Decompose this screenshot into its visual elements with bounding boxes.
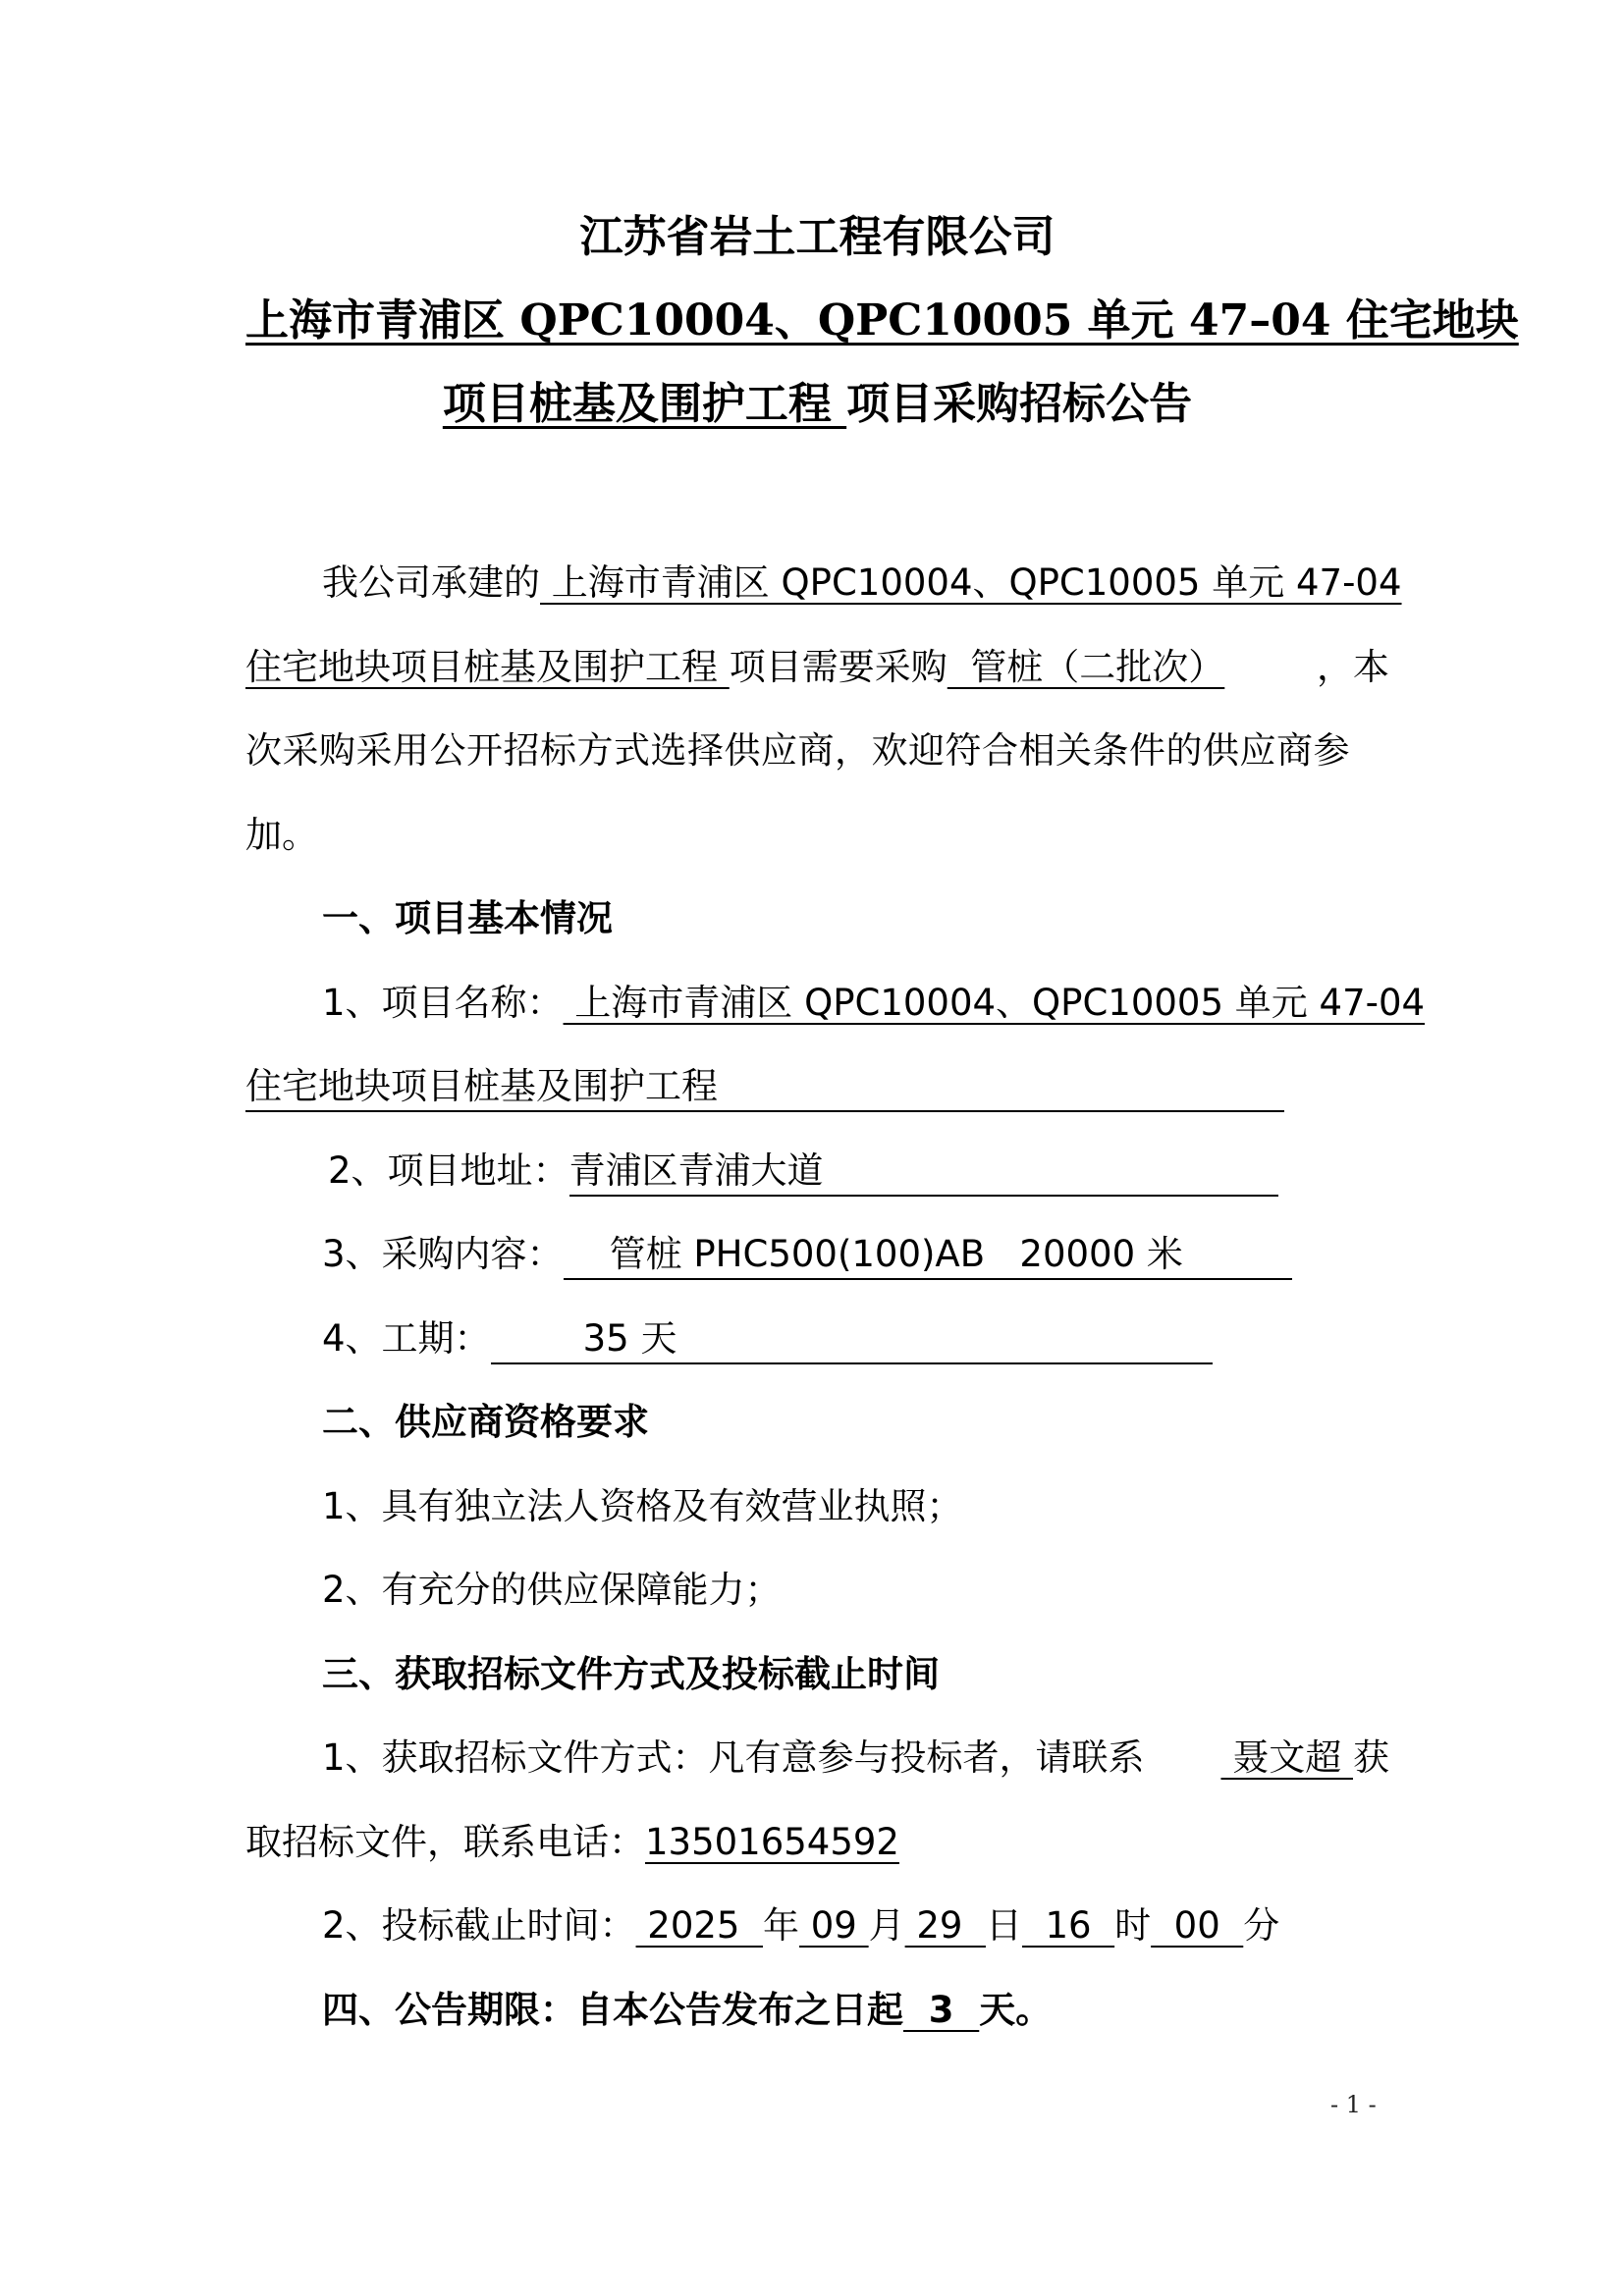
intro-suffix: ，本 — [1317, 640, 1389, 695]
phone-row: 取招标文件，联系电话：13501654592 — [245, 1815, 1389, 1870]
intro-line-2: 住宅地块项目桩基及围护工程 项目需要采购 管桩（二批次），本 — [245, 640, 1389, 695]
project-address-row: 2、项目地址： 青浦区青浦大道 — [245, 1144, 1389, 1199]
period-label: 4、工期： — [322, 1317, 491, 1360]
method-suffix: 获 — [1353, 1736, 1389, 1779]
method-row: 1、获取招标文件方式：凡有意参与投标者，请联系 聂文超 获 — [245, 1731, 1389, 1786]
intro-middle: 项目需要采购 — [730, 646, 947, 688]
phone-number: 13501654592 — [645, 1821, 899, 1863]
deadline-hour: 16 — [1022, 1904, 1114, 1947]
deadline-label: 2、投标截止时间： — [322, 1904, 636, 1947]
project-name-label: 1、项目名称： — [322, 976, 564, 1031]
purchase-content-label: 3、采购内容： — [322, 1233, 564, 1275]
notice-period-days: 3 — [903, 1989, 979, 2031]
deadline-row: 2、投标截止时间： 2025 年 09 月 29 日 16 时 00 分 — [245, 1898, 1389, 1953]
period-row: 4、工期： 35 天 — [245, 1311, 1389, 1366]
title-project-name-1: 上海市青浦区 QPC10004、QPC10005 单元 47–04 住宅地块 — [245, 295, 1519, 346]
purchase-content-value: 管桩 PHC500(100)AB 20000 米 — [564, 1231, 1292, 1280]
month-unit: 月 — [869, 1904, 905, 1947]
requirement-item: 2、有充分的供应保障能力； — [245, 1563, 1389, 1618]
intro-project-name-2: 住宅地块项目桩基及围护工程 — [245, 646, 730, 688]
intro-item: 管桩（二批次） — [947, 646, 1225, 688]
title-line-3: 项目桩基及围护工程 项目采购招标公告 — [245, 375, 1389, 434]
section1-heading: 一、项目基本情况 — [245, 891, 1389, 946]
document-page: 江苏省岩土工程有限公司 上海市青浦区 QPC10004、QPC10005 单元 … — [0, 0, 1624, 2296]
intro-line-4: 加。 — [245, 808, 1389, 863]
intro-prefix: 我公司承建的 — [322, 556, 540, 611]
title-notice: 项目采购招标公告 — [846, 379, 1192, 429]
section3-heading: 三、获取招标文件方式及投标截止时间 — [245, 1647, 1389, 1702]
notice-period-suffix: 天。 — [979, 1989, 1052, 2031]
hour-unit: 时 — [1114, 1904, 1151, 1947]
page-number: - 1 - — [1330, 2091, 1377, 2118]
period-value: 35 天 — [491, 1315, 1213, 1364]
minute-unit: 分 — [1243, 1904, 1279, 1947]
company-name: 江苏省岩土工程有限公司 — [245, 208, 1389, 267]
day-unit: 日 — [986, 1904, 1022, 1947]
method-prefix: 1、获取招标文件方式：凡有意参与投标者，请联系 — [322, 1731, 1145, 1786]
project-name-value-2: 住宅地块项目桩基及围护工程 — [245, 1063, 1284, 1112]
section4-heading: 四、公告期限：自本公告发布之日起 3 天。 — [245, 1983, 1389, 2038]
requirement-item: 1、具有独立法人资格及有效营业执照； — [245, 1479, 1389, 1534]
project-name-value-1: 上海市青浦区 QPC10004、QPC10005 单元 47-04 — [564, 976, 1426, 1031]
project-name-row-2: 住宅地块项目桩基及围护工程 — [245, 1059, 1389, 1114]
deadline-day: 29 — [905, 1904, 986, 1947]
deadline-month: 09 — [799, 1904, 869, 1947]
project-name-row: 1、项目名称： 上海市青浦区 QPC10004、QPC10005 单元 47-0… — [245, 976, 1389, 1031]
phone-label: 取招标文件，联系电话： — [245, 1821, 645, 1863]
year-unit: 年 — [763, 1904, 799, 1947]
contact-name: 聂文超 — [1220, 1736, 1353, 1779]
title-line-2: 上海市青浦区 QPC10004、QPC10005 单元 47–04 住宅地块 — [245, 292, 1389, 350]
intro-line-3: 次采购采用公开招标方式选择供应商，欢迎符合相关条件的供应商参 — [245, 723, 1389, 778]
deadline-year: 2025 — [636, 1904, 763, 1947]
title-project-name-2: 项目桩基及围护工程 — [443, 379, 846, 429]
intro-line-1: 我公司承建的 上海市青浦区 QPC10004、QPC10005 单元 47-04 — [245, 556, 1389, 611]
purchase-content-row: 3、采购内容： 管桩 PHC500(100)AB 20000 米 — [245, 1227, 1389, 1282]
project-address-label: 2、项目地址： — [328, 1149, 569, 1192]
deadline-minute: 00 — [1151, 1904, 1243, 1947]
intro-project-name-1: 上海市青浦区 QPC10004、QPC10005 单元 47-04 — [540, 556, 1402, 611]
section2-heading: 二、供应商资格要求 — [245, 1395, 1389, 1450]
notice-period-label: 四、公告期限：自本公告发布之日起 — [322, 1989, 903, 2031]
project-address-value: 青浦区青浦大道 — [569, 1148, 1278, 1197]
